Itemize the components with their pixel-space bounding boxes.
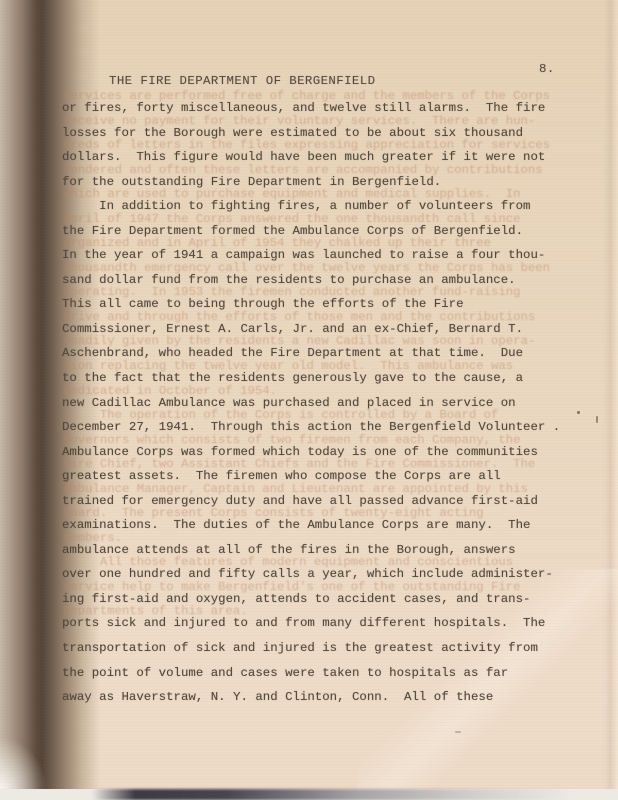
body-line: transportation of sick and injured is th…	[62, 636, 592, 661]
ink-speck	[596, 416, 598, 423]
body-line: ports sick and injured to and from many …	[62, 611, 592, 636]
header-title: THE FIRE DEPARTMENT OF BERGENFIELD	[109, 74, 375, 88]
body-line: sand dollar fund from the residents to p…	[62, 268, 592, 293]
body-line: dollars. This figure would have been muc…	[62, 145, 592, 170]
body-line: losses for the Borough were estimated to…	[62, 121, 592, 146]
body-line: to the fact that the residents generousl…	[62, 366, 592, 391]
body-line: the point of volume and cases were taken…	[62, 661, 592, 686]
scanned-book-photo: services are performed free of charge an…	[0, 0, 618, 800]
body-line: ing first-aid and oxygen, attends to acc…	[62, 587, 592, 612]
page-right-edge-shading	[603, 0, 618, 789]
body-line: This all came to being through the effor…	[62, 292, 592, 317]
page-bottom-shadow	[92, 789, 572, 800]
body-line: Ambulance Corps was formed which today i…	[62, 440, 592, 465]
bottom-left-page-curl	[0, 738, 46, 790]
document-page: services are performed free of charge an…	[0, 0, 618, 789]
body-line: ambulance attends at all of the fires in…	[62, 538, 592, 563]
body-line: Commissioner, Ernest A. Carls, Jr. and a…	[62, 317, 592, 342]
body-line: new Cadillac Ambulance was purchased and…	[62, 391, 592, 416]
body-line: December 27, 1941. Through this action t…	[62, 415, 592, 440]
page-number: 8.	[539, 62, 555, 76]
body-line: trained for emergency duty and have all …	[62, 489, 592, 514]
body-line: away as Haverstraw, N. Y. and Clinton, C…	[62, 685, 592, 710]
body-line: the Fire Department formed the Ambulance…	[62, 219, 592, 244]
ink-speck	[455, 731, 461, 733]
page-header: THE FIRE DEPARTMENT OF BERGENFIELD 8.	[62, 60, 562, 78]
body-line: or fires, forty miscellaneous, and twelv…	[62, 96, 592, 121]
ink-speck	[577, 411, 580, 414]
body-line: greatest assets. The firemen who compose…	[62, 464, 592, 489]
body-line: In addition to fighting fires, a number …	[62, 194, 592, 219]
body-line: over one hundred and fifty calls a year,…	[62, 562, 592, 587]
body-text: or fires, forty miscellaneous, and twelv…	[62, 96, 592, 710]
body-line: examinations. The duties of the Ambulanc…	[62, 513, 592, 538]
body-line: for the outstanding Fire Department in B…	[62, 170, 592, 195]
body-line: In the year of 1941 a campaign was launc…	[62, 243, 592, 268]
scan-bed-below-page	[0, 789, 618, 800]
body-line: Aschenbrand, who headed the Fire Departm…	[62, 341, 592, 366]
